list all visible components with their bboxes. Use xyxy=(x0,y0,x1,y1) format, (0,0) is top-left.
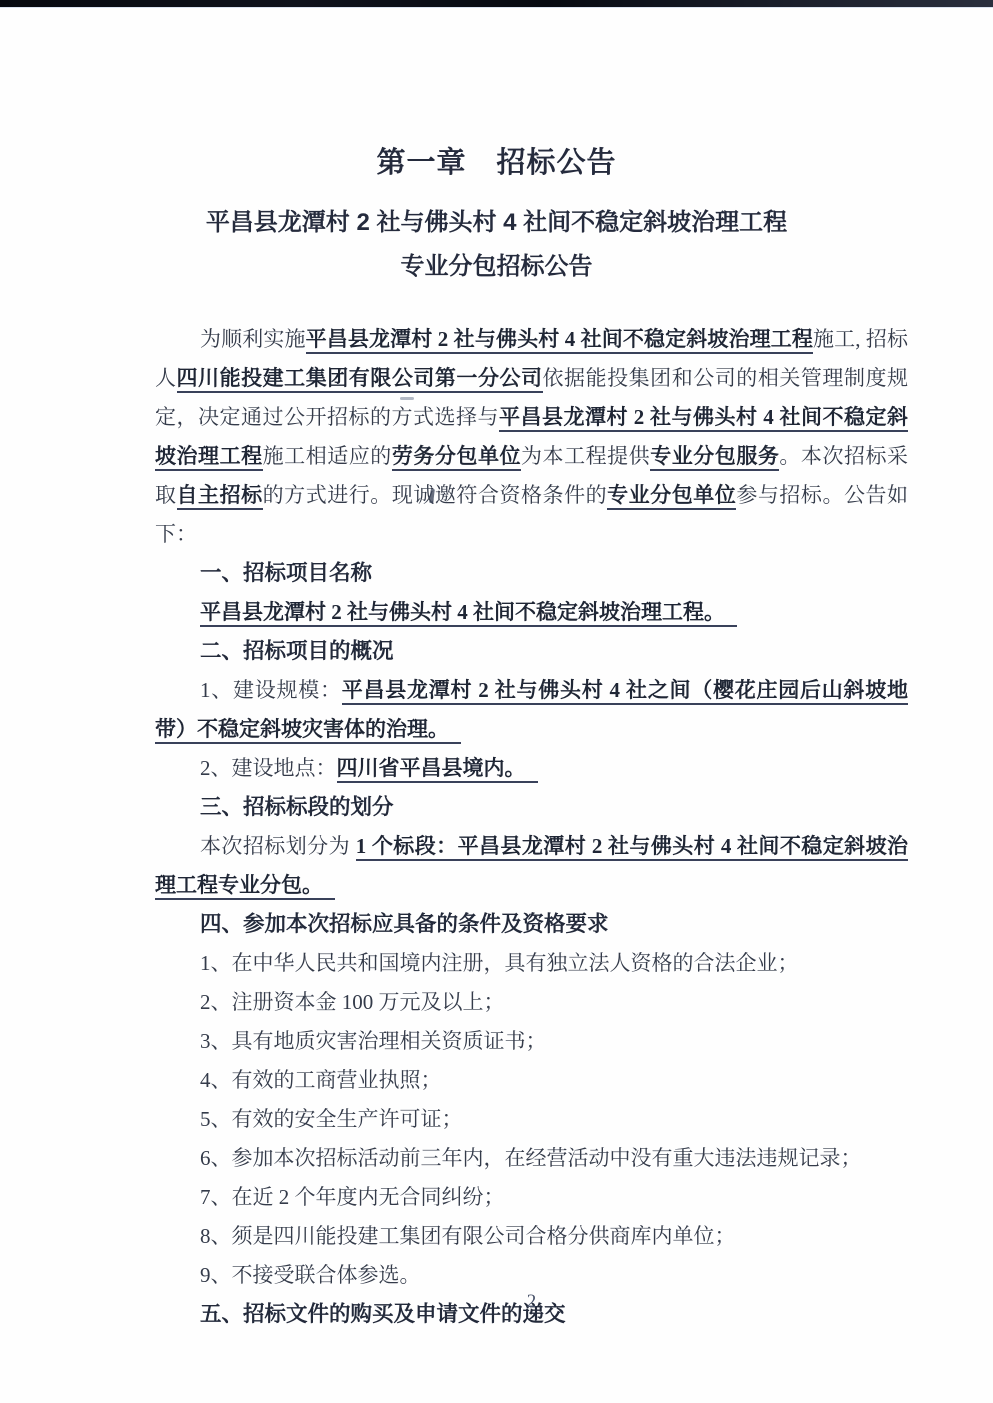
document-title-line1: 平昌县龙潭村 2 社与佛头村 4 社间不稳定斜坡治理工程 xyxy=(0,208,993,238)
condition-item-8: 8、须是四川能投建工集团有限公司合格分供商库内单位； xyxy=(155,1217,908,1256)
construction-location-line: 2、建设地点：四川省平昌县境内。 xyxy=(155,749,908,788)
section-heading-project-name: 一、招标项目名称 xyxy=(155,554,908,593)
condition-item-4: 4、有效的工商营业执照； xyxy=(155,1061,908,1100)
condition-item-7: 7、在近 2 个年度内无合同纠纷； xyxy=(155,1178,908,1217)
section-heading-lot-division: 三、招标标段的划分 xyxy=(155,788,908,827)
tenderer-name-emphasis: 四川能投建工集团有限公司第一分公司 xyxy=(177,366,543,393)
item-label: 2、建设地点： xyxy=(200,756,337,780)
item-label: 1、建设规模： xyxy=(200,678,342,702)
document-page: 第一章 招标公告 平昌县龙潭村 2 社与佛头村 4 社间不稳定斜坡治理工程 专业… xyxy=(0,0,993,1403)
intro-paragraph: 为顺利实施平昌县龙潭村 2 社与佛头村 4 社间不稳定斜坡治理工程施工, 招标人… xyxy=(155,320,908,554)
text-segment: 施工相适应的 xyxy=(263,444,392,468)
labor-subcontractor-emphasis: 劳务分包单位 xyxy=(392,444,521,471)
scan-edge-artifact xyxy=(0,0,993,8)
document-title-line2: 专业分包招标公告 xyxy=(0,252,993,282)
project-name-text: 平昌县龙潭村 2 社与佛头村 4 社间不稳定斜坡治理工程。 xyxy=(200,600,737,627)
section-heading-overview: 二、招标项目的概况 xyxy=(155,632,908,671)
project-name-line: 平昌县龙潭村 2 社与佛头村 4 社间不稳定斜坡治理工程。 xyxy=(155,593,908,632)
item-value: 四川省平昌县境内。 xyxy=(337,756,538,783)
condition-item-2: 2、注册资本金 100 万元及以上； xyxy=(155,983,908,1022)
condition-item-6: 6、参加本次招标活动前三年内，在经营活动中没有重大违法违规记录； xyxy=(155,1139,908,1178)
tender-mode-emphasis: 自主招标 xyxy=(177,483,263,510)
condition-item-1: 1、在中华人民共和国境内注册，具有独立法人资格的合法企业； xyxy=(155,944,908,983)
condition-item-9: 9、不接受联合体参选。 xyxy=(155,1256,908,1295)
ink-dash-artifact xyxy=(400,397,414,400)
condition-item-5: 5、有效的安全生产许可证； xyxy=(155,1100,908,1139)
text-segment: 本次招标划分为 xyxy=(200,834,356,858)
subcontractor-emphasis: 专业分包单位 xyxy=(607,483,736,510)
lot-division-line: 本次招标划分为 1 个标段：平昌县龙潭村 2 社与佛头村 4 社间不稳定斜坡治理… xyxy=(155,827,908,905)
project-name-emphasis: 平昌县龙潭村 2 社与佛头村 4 社间不稳定斜坡治理工程 xyxy=(306,327,813,354)
text-segment: 为顺利实施 xyxy=(200,327,306,351)
document-body: 为顺利实施平昌县龙潭村 2 社与佛头村 4 社间不稳定斜坡治理工程施工, 招标人… xyxy=(155,320,908,1334)
chapter-title: 第一章 招标公告 xyxy=(0,0,993,179)
text-segment: 为本工程提供 xyxy=(521,444,650,468)
construction-scale-line: 1、建设规模：平昌县龙潭村 2 社与佛头村 4 社之间（樱花庄园后山斜坡地带）不… xyxy=(155,671,908,749)
section-heading-qualifications: 四、参加本次招标应具备的条件及资格要求 xyxy=(155,905,908,944)
service-type-emphasis: 专业分包服务 xyxy=(650,444,779,471)
condition-item-3: 3、具有地质灾害治理相关资质证书； xyxy=(155,1022,908,1061)
page-number: 2 xyxy=(155,1291,908,1313)
text-segment: 的方式进行。现诚邀符合资格条件的 xyxy=(263,483,607,507)
